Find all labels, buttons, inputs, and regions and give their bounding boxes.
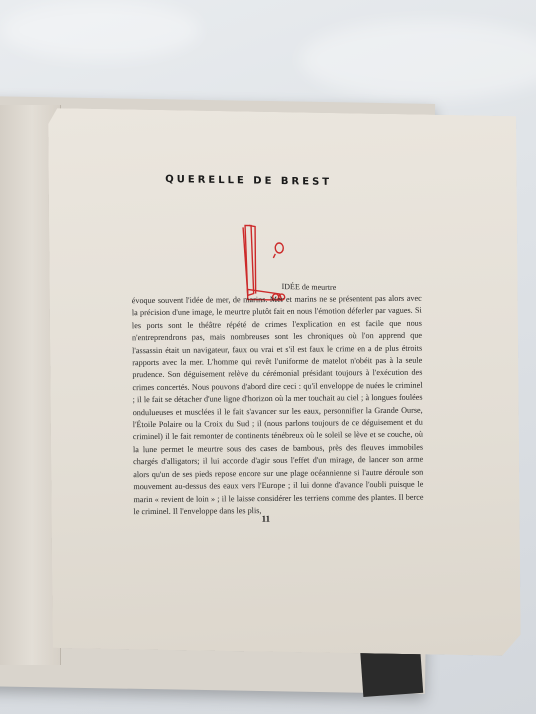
first-word: IDÉE de meurtre	[282, 282, 337, 292]
cloth-highlight	[300, 20, 536, 100]
dropcap-letter-icon	[239, 223, 290, 304]
page-title: QUERELLE DE BREST	[149, 174, 349, 188]
page-number: 11	[262, 514, 271, 524]
book-page: QUERELLE DE BREST IDÉE de meurtre évoque…	[48, 108, 521, 656]
cloth-highlight	[0, 0, 200, 60]
body-text: évoque souvent l'idée de mer, de marins.…	[132, 293, 424, 519]
